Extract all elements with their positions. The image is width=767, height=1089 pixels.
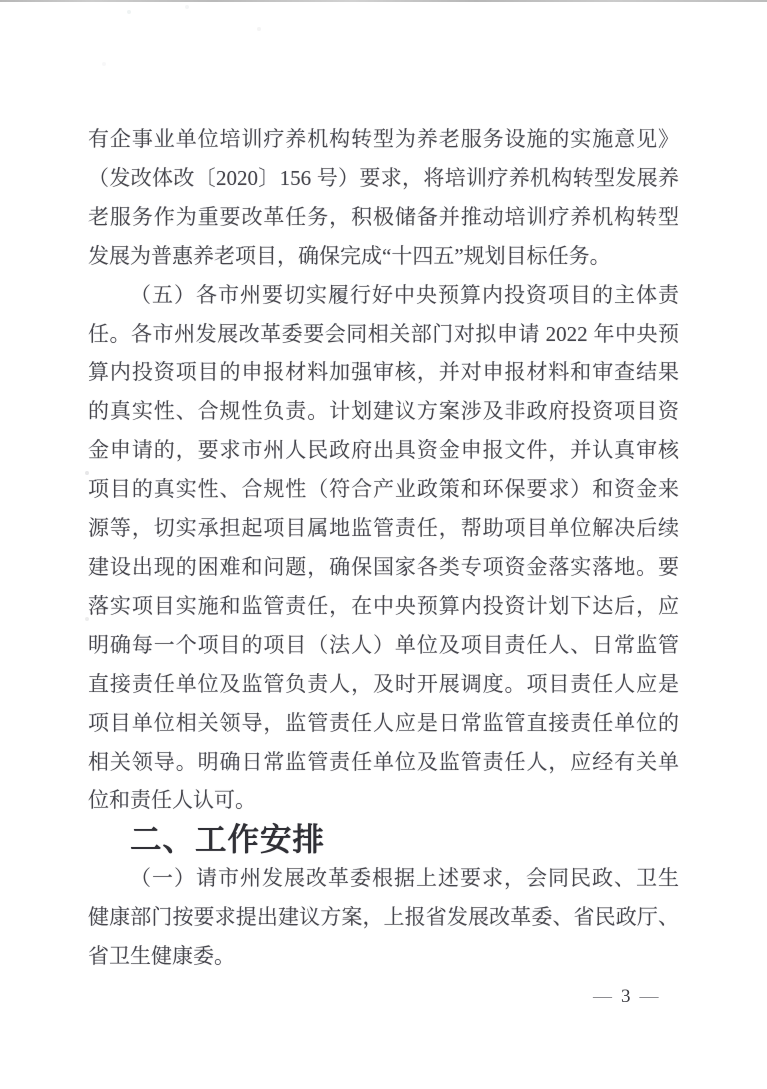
text-line: 落实项目实施和监管责任，在中央预算内投资计划下达后，应 xyxy=(88,587,679,626)
heading-line: 二、工作安排 xyxy=(88,820,679,859)
text-line: 位和责任人认可。 xyxy=(88,781,679,820)
page-number-right-dash: — xyxy=(640,986,659,1007)
paragraph: 有企事业单位培训疗养机构转型为养老服务设施的实施意见》（发改体改〔2020〕15… xyxy=(88,120,679,276)
text-line: 项目单位相关领导，监管责任人应是日常监管直接责任单位的 xyxy=(88,704,679,743)
page-number-value: 3 xyxy=(621,986,631,1007)
text-line: 健康部门按要求提出建议方案，上报省发展改革委、省民政厅、 xyxy=(88,898,679,937)
text-line: 金申请的，要求市州人民政府出具资金申报文件，并认真审核 xyxy=(88,431,679,470)
scanned-document-page: 有企事业单位培训疗养机构转型为养老服务设施的实施意见》（发改体改〔2020〕15… xyxy=(0,0,767,1089)
scan-noise-speckles xyxy=(0,0,2,2)
text-line: 相关领导。明确日常监管责任单位及监管责任人，应经有关单 xyxy=(88,743,679,782)
page-number-left-dash: — xyxy=(593,986,612,1007)
scan-edge-artifact xyxy=(0,0,767,2)
text-line: 直接责任单位及监管负责人，及时开展调度。项目责任人应是 xyxy=(88,665,679,704)
text-line: 发展为普惠养老项目，确保完成“十四五”规划目标任务。 xyxy=(88,237,679,276)
section-heading: 二、工作安排 xyxy=(88,820,679,859)
text-line: 建设出现的困难和问题，确保国家各类专项资金落实落地。要 xyxy=(88,548,679,587)
text-line: 省卫生健康委。 xyxy=(88,937,679,976)
text-line: 老服务作为重要改革任务，积极储备并推动培训疗养机构转型 xyxy=(88,198,679,237)
text-line: 任。各市州发展改革委要会同相关部门对拟申请 2022 年中央预 xyxy=(88,315,679,354)
paragraph: （一）请市州发展改革委根据上述要求，会同民政、卫生健康部门按要求提出建议方案，上… xyxy=(88,859,679,976)
text-line: 项目的真实性、合规性（符合产业政策和环保要求）和资金来 xyxy=(88,470,679,509)
text-line: 的真实性、合规性负责。计划建议方案涉及非政府投资项目资 xyxy=(88,392,679,431)
text-line: 有企事业单位培训疗养机构转型为养老服务设施的实施意见》 xyxy=(88,120,679,159)
text-line: 明确每一个项目的项目（法人）单位及项目责任人、日常监管 xyxy=(88,626,679,665)
page-number: —3— xyxy=(593,986,659,1008)
text-line: （一）请市州发展改革委根据上述要求，会同民政、卫生 xyxy=(88,859,679,898)
paragraph: （五）各市州要切实履行好中央预算内投资项目的主体责任。各市州发展改革委要会同相关… xyxy=(88,276,679,821)
text-line: （发改体改〔2020〕156 号）要求，将培训疗养机构转型发展养 xyxy=(88,159,679,198)
text-line: 源等，切实承担起项目属地监管责任，帮助项目单位解决后续 xyxy=(88,509,679,548)
document-text-block: 有企事业单位培训疗养机构转型为养老服务设施的实施意见》（发改体改〔2020〕15… xyxy=(88,120,679,976)
text-line: （五）各市州要切实履行好中央预算内投资项目的主体责 xyxy=(88,276,679,315)
text-line: 算内投资项目的申报材料加强审核，并对申报材料和审查结果 xyxy=(88,353,679,392)
